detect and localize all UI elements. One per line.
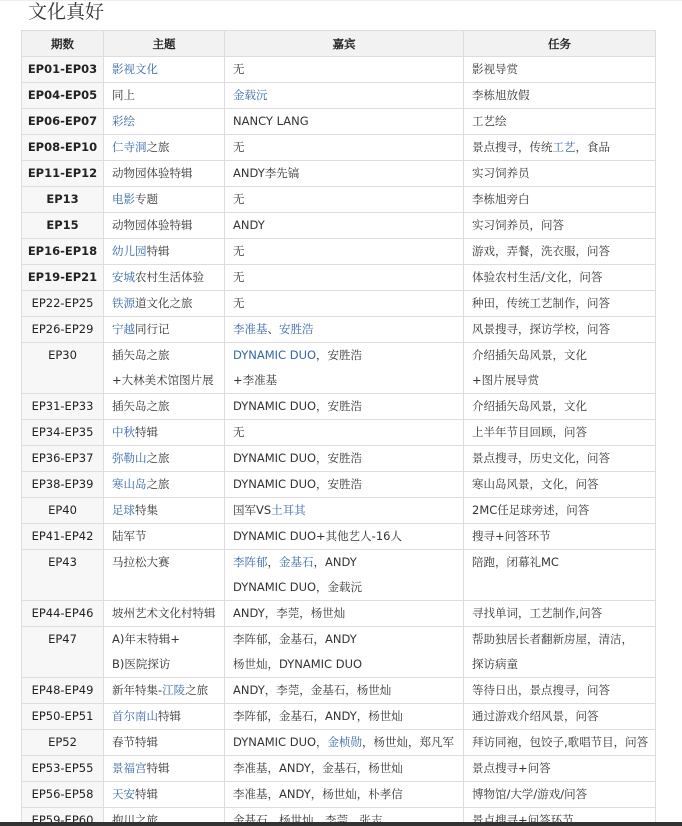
guests-link[interactable]: 土耳其 xyxy=(271,503,306,517)
tasks-line: 李栋旭旁白 xyxy=(472,187,647,212)
guests-line: 无 xyxy=(233,291,455,316)
episode-label: EP43 xyxy=(26,550,99,575)
guests-line: ANDY李先镐 xyxy=(233,161,455,186)
guests-cell: DYNAMIC DUO+其他艺人-16人 xyxy=(225,524,464,550)
episode-label: EP13 xyxy=(26,187,99,212)
table-row: EP36-EP37弥勒山之旅DYNAMIC DUO，安胜浩景点搜寻，历史文化，问… xyxy=(22,446,656,472)
guests-cell: 无 xyxy=(225,291,464,317)
tasks-text: 搜寻+问答环节 xyxy=(472,529,551,543)
tasks-text: 景点搜寻，传统 xyxy=(472,140,553,154)
guests-text: ，安胜浩 xyxy=(316,348,362,362)
episode-label: EP16-EP18 xyxy=(26,239,99,264)
guests-line: 国军VS土耳其 xyxy=(233,498,455,523)
episode-cell: EP53-EP55 xyxy=(22,756,104,782)
guests-text: 李准基，ANDY，杨世灿，朴孝信 xyxy=(233,787,403,801)
tasks-line: 陪跑，闭幕礼MC xyxy=(472,550,647,575)
tasks-line: 景点搜寻+问答 xyxy=(472,756,647,781)
theme-line: 彩绘 xyxy=(112,109,216,134)
theme-line: 动物园体验特辑 xyxy=(112,213,216,238)
episode-label: EP47 xyxy=(26,627,99,652)
guests-line: 金载沅 xyxy=(233,83,455,108)
theme-cell: 彩绘 xyxy=(104,109,225,135)
theme-link[interactable]: 铁源 xyxy=(112,296,135,310)
theme-link[interactable]: 寒山岛 xyxy=(112,477,147,491)
theme-text: 陆军节 xyxy=(112,529,147,543)
episode-label: EP44-EP46 xyxy=(26,601,99,626)
tasks-text: 影视导赏 xyxy=(472,62,518,76)
episode-cell: EP41-EP42 xyxy=(22,524,104,550)
tasks-line: 风景搜寻，探访学校，问答 xyxy=(472,317,647,342)
episode-label: EP41-EP42 xyxy=(26,524,99,549)
episode-cell: EP11-EP12 xyxy=(22,161,104,187)
header-tasks: 任务 xyxy=(464,31,656,57)
theme-cell: 铁源道文化之旅 xyxy=(104,291,225,317)
guests-line: 李阵郁，金基石，ANDY xyxy=(233,627,455,652)
guests-text: 、 xyxy=(268,322,280,336)
episode-cell: EP47 xyxy=(22,627,104,678)
theme-cell: 弥勒山之旅 xyxy=(104,446,225,472)
tasks-line: 李栋旭放假 xyxy=(472,83,647,108)
theme-link[interactable]: 天安 xyxy=(112,787,135,801)
theme-line: 新年特集-江陵之旅 xyxy=(112,678,216,703)
tasks-line: 拜访同袍，包饺子,歌唱节目，问答 xyxy=(472,730,647,755)
tasks-cell: 寻找单词，工艺制作,问答 xyxy=(464,601,656,627)
theme-cell: 插矢岛之旅+大林美术馆图片展 xyxy=(104,343,225,394)
guests-link[interactable]: 李准基 xyxy=(233,322,268,336)
episode-label: EP19-EP21 xyxy=(26,265,99,290)
tasks-text: +图片展导赏 xyxy=(472,373,539,387)
episode-label: EP04-EP05 xyxy=(26,83,99,108)
tasks-text: 李栋旭放假 xyxy=(472,88,530,102)
guests-text: ，杨世灿，郑凡军 xyxy=(362,735,454,749)
theme-link[interactable]: 电影 xyxy=(112,192,135,206)
guests-line: 李准基、安胜浩 xyxy=(233,317,455,342)
guests-text: 无 xyxy=(233,425,245,439)
guests-cell: 李准基、安胜浩 xyxy=(225,317,464,343)
tasks-text: 陪跑，闭幕礼MC xyxy=(472,555,559,569)
theme-line: 同上 xyxy=(112,83,216,108)
theme-link[interactable]: 影视文化 xyxy=(112,62,158,76)
theme-link[interactable]: 江陵 xyxy=(162,683,185,697)
theme-text: 插矢岛之旅 xyxy=(112,348,170,362)
guests-line: 李阵郁，金基石，ANDY xyxy=(233,550,455,575)
guests-text: ANDY，李莞，杨世灿 xyxy=(233,606,345,620)
theme-cell: 马拉松大赛 xyxy=(104,550,225,601)
tasks-cell: 工艺绘 xyxy=(464,109,656,135)
guests-cell: DYNAMIC DUO，安胜浩 xyxy=(225,446,464,472)
guests-cell: 无 xyxy=(225,187,464,213)
theme-line: 宁越同行记 xyxy=(112,317,216,342)
episode-cell: EP08-EP10 xyxy=(22,135,104,161)
tasks-cell: 游戏，弄餐，洗衣服，问答 xyxy=(464,239,656,265)
guests-cell: DYNAMIC DUO，安胜浩 xyxy=(225,394,464,420)
theme-text: 春节特辑 xyxy=(112,735,158,749)
tasks-text: 拜访同袍，包饺子,歌唱节目，问答 xyxy=(472,735,648,749)
episode-cell: EP36-EP37 xyxy=(22,446,104,472)
tasks-cell: 李栋旭放假 xyxy=(464,83,656,109)
guests-line: DYNAMIC DUO，金桢勋，杨世灿，郑凡军 xyxy=(233,730,455,755)
table-row: EP43马拉松大赛李阵郁，金基石，ANDYDYNAMIC DUO，金载沅陪跑，闭… xyxy=(22,550,656,601)
theme-cell: 仁寺洞之旅 xyxy=(104,135,225,161)
theme-line: 电影专题 xyxy=(112,187,216,212)
tasks-cell: 体验农村生活/文化，问答 xyxy=(464,265,656,291)
theme-line: 动物园体验特辑 xyxy=(112,161,216,186)
tasks-text: 种田，传统工艺制作，问答 xyxy=(472,296,610,310)
guests-text: ANDY李先镐 xyxy=(233,166,299,180)
theme-line: 中秋特辑 xyxy=(112,420,216,445)
guests-line: NANCY LANG xyxy=(233,109,455,134)
episode-label: EP50-EP51 xyxy=(26,704,99,729)
guests-text: 杨世灿，DYNAMIC DUO xyxy=(233,657,362,671)
page-title: 文化真好 xyxy=(28,0,104,24)
guests-text: DYNAMIC DUO， xyxy=(233,735,328,749)
tasks-text: 李栋旭旁白 xyxy=(472,192,530,206)
tasks-cell: 介绍插矢岛风景，文化 xyxy=(464,394,656,420)
guests-line: 无 xyxy=(233,187,455,212)
guests-cell: ANDY，李莞，金基石，杨世灿 xyxy=(225,678,464,704)
theme-line: 寒山岛之旅 xyxy=(112,472,216,497)
table-row: EP47A)年末特辑+B)医院探访李阵郁，金基石，ANDY杨世灿，DYNAMIC… xyxy=(22,627,656,678)
tasks-cell: 陪跑，闭幕礼MC xyxy=(464,550,656,601)
episode-label: EP22-EP25 xyxy=(26,291,99,316)
theme-cell: 安城农村生活体验 xyxy=(104,265,225,291)
episode-label: EP38-EP39 xyxy=(26,472,99,497)
guests-cell: 无 xyxy=(225,265,464,291)
theme-cell: 坡州艺术文化村特辑 xyxy=(104,601,225,627)
theme-link[interactable]: 仁寺洞 xyxy=(112,140,147,154)
theme-line: 春节特辑 xyxy=(112,730,216,755)
episode-label: EP56-EP58 xyxy=(26,782,99,807)
theme-line: 天安特辑 xyxy=(112,782,216,807)
guests-text: ANDY，李莞，金基石，杨世灿 xyxy=(233,683,391,697)
theme-cell: 插矢岛之旅 xyxy=(104,394,225,420)
episode-label: EP30 xyxy=(26,343,99,368)
episode-label: EP36-EP37 xyxy=(26,446,99,471)
guests-line: 无 xyxy=(233,135,455,160)
theme-cell: 寒山岛之旅 xyxy=(104,472,225,498)
theme-text: 马拉松大赛 xyxy=(112,555,170,569)
theme-link[interactable]: 彩绘 xyxy=(112,114,135,128)
guests-text: NANCY LANG xyxy=(233,114,309,128)
tasks-text: 寒山岛风景，文化，问答 xyxy=(472,477,599,491)
theme-cell: 电影专题 xyxy=(104,187,225,213)
theme-line: 景福宫特辑 xyxy=(112,756,216,781)
tasks-line: 游戏，弄餐，洗衣服，问答 xyxy=(472,239,647,264)
theme-cell: 陆军节 xyxy=(104,524,225,550)
theme-line: 仁寺洞之旅 xyxy=(112,135,216,160)
tasks-cell: 李栋旭旁白 xyxy=(464,187,656,213)
episode-label: EP08-EP10 xyxy=(26,135,99,160)
tasks-text: 2MC任足球旁述，问答 xyxy=(472,503,589,517)
table-row: EP04-EP05同上金载沅李栋旭放假 xyxy=(22,83,656,109)
tasks-cell: 2MC任足球旁述，问答 xyxy=(464,498,656,524)
theme-line: 弥勒山之旅 xyxy=(112,446,216,471)
guests-line: DYNAMIC DUO，安胜浩 xyxy=(233,343,455,368)
episode-cell: EP01-EP03 xyxy=(22,57,104,83)
theme-cell: 影视文化 xyxy=(104,57,225,83)
theme-text: 道文化之旅 xyxy=(135,296,193,310)
guests-text: 无 xyxy=(233,62,245,76)
guests-line: DYNAMIC DUO，金载沅 xyxy=(233,575,455,600)
table-row: EP22-EP25铁源道文化之旅无种田，传统工艺制作，问答 xyxy=(22,291,656,317)
theme-line: 铁源道文化之旅 xyxy=(112,291,216,316)
table-row: EP15动物园体验特辑ANDY实习饲养员，问答 xyxy=(22,213,656,239)
guests-line: ANDY，李莞，金基石，杨世灿 xyxy=(233,678,455,703)
tasks-line: 搜寻+问答环节 xyxy=(472,524,647,549)
tasks-text: 实习饲养员 xyxy=(472,166,530,180)
theme-text: 特辑 xyxy=(147,761,170,775)
theme-cell: A)年末特辑+B)医院探访 xyxy=(104,627,225,678)
tasks-link[interactable]: 工艺 xyxy=(553,140,576,154)
episode-label: EP53-EP55 xyxy=(26,756,99,781)
tasks-text: 博物馆/大学/游戏/问答 xyxy=(472,787,587,801)
guests-text: 无 xyxy=(233,192,245,206)
guests-cell: ANDY李先镐 xyxy=(225,161,464,187)
guests-line: DYNAMIC DUO，安胜浩 xyxy=(233,394,455,419)
guests-line: DYNAMIC DUO+其他艺人-16人 xyxy=(233,524,455,549)
theme-cell: 宁越同行记 xyxy=(104,317,225,343)
guests-cell: DYNAMIC DUO，金桢勋，杨世灿，郑凡军 xyxy=(225,730,464,756)
tasks-text: 通过游戏介绍风景，问答 xyxy=(472,709,599,723)
episode-cell: EP48-EP49 xyxy=(22,678,104,704)
episode-cell: EP43 xyxy=(22,550,104,601)
episode-cell: EP26-EP29 xyxy=(22,317,104,343)
episode-label: EP52 xyxy=(26,730,99,755)
episode-label: EP40 xyxy=(26,498,99,523)
guests-text: 无 xyxy=(233,270,245,284)
table-row: EP50-EP51首尔南山特辑李阵郁，金基石，ANDY，杨世灿通过游戏介绍风景，… xyxy=(22,704,656,730)
tasks-line: 景点搜寻，历史文化，问答 xyxy=(472,446,647,471)
episode-cell: EP16-EP18 xyxy=(22,239,104,265)
theme-cell: 景福宫特辑 xyxy=(104,756,225,782)
guests-cell: 李阵郁，金基石，ANDY，杨世灿 xyxy=(225,704,464,730)
tasks-cell: 种田，传统工艺制作，问答 xyxy=(464,291,656,317)
guests-line: 无 xyxy=(233,239,455,264)
tasks-text: 介绍插矢岛风景，文化 xyxy=(472,348,587,362)
theme-text: 之旅 xyxy=(147,451,170,465)
tasks-text: 实习饲养员，问答 xyxy=(472,218,564,232)
theme-line: A)年末特辑+ xyxy=(112,627,216,652)
guests-text: 国军VS xyxy=(233,503,271,517)
guests-cell: 国军VS土耳其 xyxy=(225,498,464,524)
episode-label: EP48-EP49 xyxy=(26,678,99,703)
episode-cell: EP06-EP07 xyxy=(22,109,104,135)
episode-cell: EP56-EP58 xyxy=(22,782,104,808)
guests-link[interactable]: 金载沅 xyxy=(233,88,268,102)
theme-cell: 同上 xyxy=(104,83,225,109)
episode-cell: EP30 xyxy=(22,343,104,394)
guests-line: 杨世灿，DYNAMIC DUO xyxy=(233,652,455,677)
tasks-line: 寻找单词，工艺制作,问答 xyxy=(472,601,647,626)
theme-link[interactable]: 景福宫 xyxy=(112,761,147,775)
episode-label: EP01-EP03 xyxy=(26,57,99,82)
table-row: EP52春节特辑DYNAMIC DUO，金桢勋，杨世灿，郑凡军拜访同袍，包饺子,… xyxy=(22,730,656,756)
guests-cell: 无 xyxy=(225,135,464,161)
episode-table: 期数 主题 嘉宾 任务 EP01-EP03影视文化无影视导赏EP04-EP05同… xyxy=(21,30,656,826)
guests-text: DYNAMIC DUO，安胜浩 xyxy=(233,399,362,413)
table-row: EP30插矢岛之旅+大林美术馆图片展DYNAMIC DUO，安胜浩+李准基介绍插… xyxy=(22,343,656,394)
table-row: EP11-EP12动物园体验特辑ANDY李先镐实习饲养员 xyxy=(22,161,656,187)
theme-line: 坡州艺术文化村特辑 xyxy=(112,601,216,626)
guests-text: ，ANDY xyxy=(314,555,357,569)
episode-label: EP26-EP29 xyxy=(26,317,99,342)
guests-link[interactable]: 金桢勋 xyxy=(328,735,363,749)
tasks-line: 实习饲养员，问答 xyxy=(472,213,647,238)
tasks-text: 工艺绘 xyxy=(472,114,507,128)
table-row: EP56-EP58天安特辑李准基，ANDY，杨世灿，朴孝信博物馆/大学/游戏/问… xyxy=(22,782,656,808)
tasks-line: 介绍插矢岛风景，文化 xyxy=(472,394,647,419)
tasks-cell: 介绍插矢岛风景，文化+图片展导赏 xyxy=(464,343,656,394)
theme-text: 特集 xyxy=(135,503,158,517)
theme-link[interactable]: 幼儿园 xyxy=(112,244,147,258)
tasks-text: 等待日出，景点搜寻，问答 xyxy=(472,683,610,697)
guests-cell: 无 xyxy=(225,57,464,83)
tasks-cell: 实习饲养员，问答 xyxy=(464,213,656,239)
episode-label: EP31-EP33 xyxy=(26,394,99,419)
guests-cell: 金载沅 xyxy=(225,83,464,109)
theme-link[interactable]: 足球 xyxy=(112,503,135,517)
table-row: EP13电影专题无李栋旭旁白 xyxy=(22,187,656,213)
theme-cell: 幼儿园特辑 xyxy=(104,239,225,265)
guests-text: 李阵郁，金基石，ANDY xyxy=(233,632,357,646)
theme-line: +大林美术馆图片展 xyxy=(112,368,216,393)
theme-line: 影视文化 xyxy=(112,57,216,82)
theme-line: 安城农村生活体验 xyxy=(112,265,216,290)
episode-label: EP06-EP07 xyxy=(26,109,99,134)
tasks-cell: 拜访同袍，包饺子,歌唱节目，问答 xyxy=(464,730,656,756)
guests-text: DYNAMIC DUO，金载沅 xyxy=(233,580,362,594)
guests-cell: 无 xyxy=(225,239,464,265)
tasks-line: 寒山岛风景，文化，问答 xyxy=(472,472,647,497)
tasks-cell: 通过游戏介绍风景，问答 xyxy=(464,704,656,730)
theme-text: 同上 xyxy=(112,88,135,102)
theme-line: 插矢岛之旅 xyxy=(112,394,216,419)
theme-line: 陆军节 xyxy=(112,524,216,549)
tasks-cell: 景点搜寻，历史文化，问答 xyxy=(464,446,656,472)
tasks-line: 等待日出，景点搜寻，问答 xyxy=(472,678,647,703)
theme-line: 首尔南山特辑 xyxy=(112,704,216,729)
theme-link[interactable]: 弥勒山 xyxy=(112,451,147,465)
tasks-cell: 风景搜寻，探访学校，问答 xyxy=(464,317,656,343)
tasks-cell: 搜寻+问答环节 xyxy=(464,524,656,550)
tasks-line: 实习饲养员 xyxy=(472,161,647,186)
tasks-text: 帮助独居长者翻新房屋，清洁， xyxy=(472,632,633,646)
guests-text: 李阵郁，金基石，ANDY，杨世灿 xyxy=(233,709,403,723)
table-row: EP01-EP03影视文化无影视导赏 xyxy=(22,57,656,83)
tasks-cell: 寒山岛风景，文化，问答 xyxy=(464,472,656,498)
guests-cell: DYNAMIC DUO，安胜浩 xyxy=(225,472,464,498)
theme-text: 动物园体验特辑 xyxy=(112,218,193,232)
guests-cell: 李阵郁，金基石，ANDY杨世灿，DYNAMIC DUO xyxy=(225,627,464,678)
episode-label: EP34-EP35 xyxy=(26,420,99,445)
tasks-text: 风景搜寻，探访学校，问答 xyxy=(472,322,610,336)
episode-label: EP11-EP12 xyxy=(26,161,99,186)
guests-line: ANDY，李莞，杨世灿 xyxy=(233,601,455,626)
table-row: EP48-EP49新年特集-江陵之旅ANDY，李莞，金基石，杨世灿等待日出，景点… xyxy=(22,678,656,704)
tasks-line: 体验农村生活/文化，问答 xyxy=(472,265,647,290)
tasks-text: 景点搜寻+问答 xyxy=(472,761,551,775)
theme-text: 新年特集- xyxy=(112,683,162,697)
theme-line: 插矢岛之旅 xyxy=(112,343,216,368)
episode-cell: EP13 xyxy=(22,187,104,213)
bottom-edge-bar xyxy=(0,822,682,826)
guests-cell: 李准基，ANDY，金基石，杨世灿 xyxy=(225,756,464,782)
episode-cell: EP38-EP39 xyxy=(22,472,104,498)
theme-cell: 足球特集 xyxy=(104,498,225,524)
tasks-cell: 影视导赏 xyxy=(464,57,656,83)
guests-cell: NANCY LANG xyxy=(225,109,464,135)
tasks-line: 种田，传统工艺制作，问答 xyxy=(472,291,647,316)
table-body: EP01-EP03影视文化无影视导赏EP04-EP05同上金载沅李栋旭放假EP0… xyxy=(22,57,656,826)
theme-text: 农村生活体验 xyxy=(135,270,204,284)
tasks-text: 体验农村生活/文化，问答 xyxy=(472,270,602,284)
guests-text: +李准基 xyxy=(233,373,277,387)
table-row: EP38-EP39寒山岛之旅DYNAMIC DUO，安胜浩寒山岛风景，文化，问答 xyxy=(22,472,656,498)
theme-cell: 新年特集-江陵之旅 xyxy=(104,678,225,704)
guests-text: 李准基，ANDY，金基石，杨世灿 xyxy=(233,761,403,775)
episode-cell: EP15 xyxy=(22,213,104,239)
tasks-text: 景点搜寻，历史文化，问答 xyxy=(472,451,610,465)
episode-cell: EP52 xyxy=(22,730,104,756)
tasks-cell: 实习饲养员 xyxy=(464,161,656,187)
tasks-cell: 等待日出，景点搜寻，问答 xyxy=(464,678,656,704)
theme-text: 同行记 xyxy=(135,322,170,336)
guests-link[interactable]: 李阵郁 xyxy=(233,555,268,569)
guests-line: DYNAMIC DUO，安胜浩 xyxy=(233,472,455,497)
theme-link[interactable]: 安城 xyxy=(112,270,135,284)
header-theme: 主题 xyxy=(104,31,225,57)
guests-link[interactable]: 安胜浩 xyxy=(279,322,314,336)
theme-text: 之旅 xyxy=(147,477,170,491)
tasks-text: ，食品 xyxy=(576,140,611,154)
tasks-cell: 上半年节目回顾，问答 xyxy=(464,420,656,446)
theme-text: 坡州艺术文化村特辑 xyxy=(112,606,216,620)
guests-line: 无 xyxy=(233,57,455,82)
theme-text: 之旅 xyxy=(185,683,208,697)
episode-cell: EP19-EP21 xyxy=(22,265,104,291)
guests-link[interactable]: 金基石 xyxy=(279,555,314,569)
theme-line: 足球特集 xyxy=(112,498,216,523)
theme-cell: 动物园体验特辑 xyxy=(104,213,225,239)
episode-cell: EP34-EP35 xyxy=(22,420,104,446)
table-row: EP16-EP18幼儿园特辑无游戏，弄餐，洗衣服，问答 xyxy=(22,239,656,265)
theme-text: 特辑 xyxy=(147,244,170,258)
guests-text: 无 xyxy=(233,140,245,154)
tasks-text: 上半年节目回顾，问答 xyxy=(472,425,587,439)
guests-link[interactable]: DYNAMIC DUO xyxy=(233,348,316,362)
guests-cell: ANDY，李莞，杨世灿 xyxy=(225,601,464,627)
header-guests: 嘉宾 xyxy=(225,31,464,57)
table-row: EP31-EP33插矢岛之旅DYNAMIC DUO，安胜浩介绍插矢岛风景，文化 xyxy=(22,394,656,420)
theme-link[interactable]: 中秋 xyxy=(112,425,135,439)
tasks-text: 寻找单词，工艺制作,问答 xyxy=(472,606,602,620)
tasks-line: 2MC任足球旁述，问答 xyxy=(472,498,647,523)
theme-text: 专题 xyxy=(135,192,158,206)
table-row: EP08-EP10仁寺洞之旅无景点搜寻，传统工艺，食品 xyxy=(22,135,656,161)
episode-cell: EP22-EP25 xyxy=(22,291,104,317)
tasks-line: 上半年节目回顾，问答 xyxy=(472,420,647,445)
episode-cell: EP04-EP05 xyxy=(22,83,104,109)
theme-link[interactable]: 宁越 xyxy=(112,322,135,336)
guests-line: 李阵郁，金基石，ANDY，杨世灿 xyxy=(233,704,455,729)
tasks-line: +图片展导赏 xyxy=(472,368,647,393)
guests-line: DYNAMIC DUO，安胜浩 xyxy=(233,446,455,471)
tasks-cell: 景点搜寻+问答 xyxy=(464,756,656,782)
theme-line: 幼儿园特辑 xyxy=(112,239,216,264)
theme-link[interactable]: 首尔南山 xyxy=(112,709,158,723)
theme-cell: 动物园体验特辑 xyxy=(104,161,225,187)
guests-text: 无 xyxy=(233,244,245,258)
